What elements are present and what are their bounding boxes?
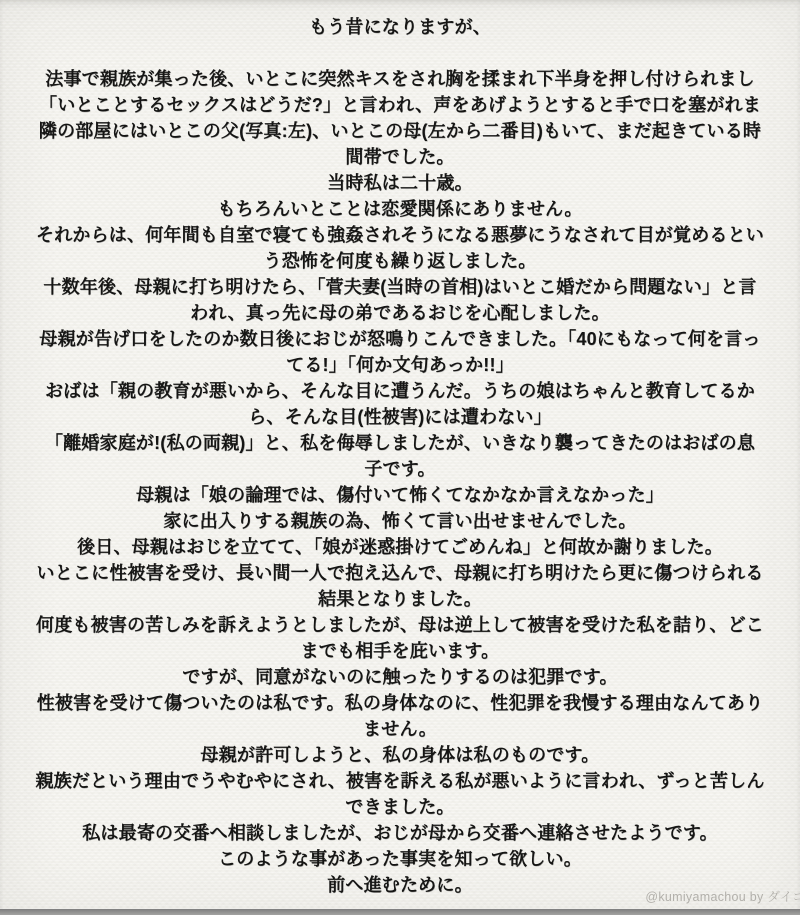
text-line: う恐怖を何度も繰り返しました。	[0, 248, 800, 274]
text-line: それからは、何年間も自室で寝ても強姦されそうになる悪夢にうなされて目が覚めるとい	[0, 222, 800, 248]
text-line: 親族だという理由でうやむやにされ、被害を訴える私が悪いように言われ、ずっと苦しん	[0, 768, 800, 794]
text-line: てる!」「何か文句あっか!!」	[0, 352, 800, 378]
text-line: ません。	[0, 716, 800, 742]
text-line: このような事があった事実を知って欲しい。	[0, 846, 800, 872]
post-image: もう昔になりますが、 法事で親族が集った後、いとこに突然キスをされ胸を揉まれ下半…	[0, 0, 800, 915]
text-line: もちろんいとことは恋愛関係にありません。	[0, 196, 800, 222]
text-line: 家に出入りする親族の為、怖くて言い出せませんでした。	[0, 508, 800, 534]
text-line: 何度も被害の苦しみを訴えようとしましたが、母は逆上して被害を受けた私を詰り、どこ	[0, 612, 800, 638]
text-line: 性被害を受けて傷ついたのは私です。私の身体なのに、性犯罪を我慢する理由なんてあり	[0, 690, 800, 716]
text-line: 後日、母親はおじを立てて、「娘が迷惑掛けてごめんね」と何故か謝りました。	[0, 534, 800, 560]
text-line: 当時私は二十歳。	[0, 170, 800, 196]
text-line: おばは「親の教育が悪いから、そんな目に遭うんだ。うちの娘はちゃんと教育してるか	[0, 378, 800, 404]
text-line: 「いとことするセックスはどうだ?」と言われ、声をあげようとすると手で口を塞がれま	[0, 92, 800, 118]
watermark: @kumiyamachou by ダイコ	[645, 887, 800, 905]
text-line: われ、真っ先に母の弟であるおじを心配しました。	[0, 300, 800, 326]
text-line: ですが、同意がないのに触ったりするのは犯罪です。	[0, 664, 800, 690]
text-line: 十数年後、母親に打ち明けたら、「菅夫妻(当時の首相)はいとこ婚だから問題ない」と…	[0, 274, 800, 300]
bottom-bar	[0, 909, 800, 915]
text-line: までも相手を庇います。	[0, 638, 800, 664]
text-line: 母親が許可しようと、私の身体は私のものです。	[0, 742, 800, 768]
text-line: もう昔になりますが、	[0, 14, 800, 40]
text-line: いとこに性被害を受け、長い間一人で抱え込んで、母親に打ち明けたら更に傷つけられる	[0, 560, 800, 586]
text-line: 母親は「娘の論理では、傷付いて怖くてなかなか言えなかった」	[0, 482, 800, 508]
post-text: もう昔になりますが、 法事で親族が集った後、いとこに突然キスをされ胸を揉まれ下半…	[0, 14, 800, 898]
text-line	[0, 40, 800, 66]
text-line: 法事で親族が集った後、いとこに突然キスをされ胸を揉まれ下半身を押し付けられまし	[0, 66, 800, 92]
text-line: 結果となりました。	[0, 586, 800, 612]
text-line: 間帯でした。	[0, 144, 800, 170]
text-line: 母親が告げ口をしたのか数日後におじが怒鳴りこんできました。「40にもなって何を言…	[0, 326, 800, 352]
text-line: 私は最寄の交番へ相談しましたが、おじが母から交番へ連絡させたようです。	[0, 820, 800, 846]
text-line: 「離婚家庭が!(私の両親)」と、私を侮辱しましたが、いきなり襲ってきたのはおばの…	[0, 430, 800, 456]
text-line: できました。	[0, 794, 800, 820]
text-line: 子です。	[0, 456, 800, 482]
text-line: 隣の部屋にはいとこの父(写真:左)、いとこの母(左から二番目)もいて、まだ起きて…	[0, 118, 800, 144]
text-line: ら、そんな目(性被害)には遭わない」	[0, 404, 800, 430]
